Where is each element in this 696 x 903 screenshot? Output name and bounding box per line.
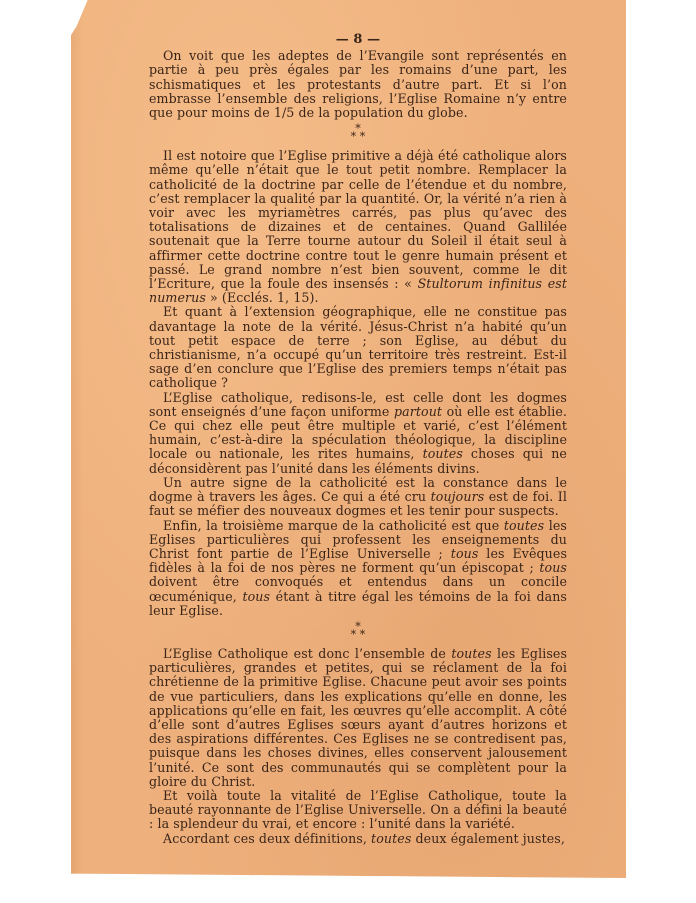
emphasis: tous xyxy=(242,589,270,604)
emphasis: toutes xyxy=(423,446,463,461)
emphasis: toutes xyxy=(451,646,491,661)
emphasis: toutes xyxy=(371,831,411,846)
emphasis: tous xyxy=(539,560,567,575)
paragraph: Et voilà toute la vitalité de l’Eglise C… xyxy=(149,789,567,832)
body-text: On voit que les adeptes de l’Evangile so… xyxy=(149,49,567,846)
paragraph: Un autre signe de la catholicité est la … xyxy=(149,476,567,519)
section-separator-asterism: ** * xyxy=(149,623,567,639)
emphasis: partout xyxy=(394,404,442,419)
paragraph: L’Eglise catholique, redisons-le, est ce… xyxy=(149,391,567,476)
paragraph: Accordant ces deux définitions, toutes d… xyxy=(149,832,567,846)
emphasis: tous xyxy=(451,546,479,561)
page-number: — 8 — xyxy=(149,33,567,47)
paragraph: Il est notoire que l’Eglise primitive a … xyxy=(149,149,567,305)
page-text: — 8 — On voit que les adeptes de l’Evang… xyxy=(149,33,567,846)
emphasis: toutes xyxy=(504,518,544,533)
emphasis: toujours xyxy=(431,489,485,504)
paragraph: L’Eglise Catholique est donc l’ensemble … xyxy=(149,647,567,789)
paragraph: On voit que les adeptes de l’Evangile so… xyxy=(149,49,567,120)
paragraph: Et quant à l’extension géographique, ell… xyxy=(149,305,567,390)
section-separator-asterism: ** * xyxy=(149,125,567,141)
paragraph: Enfin, la troisième marque de la catholi… xyxy=(149,519,567,618)
emphasis: Stultorum infinitus est numerus xyxy=(149,276,567,305)
